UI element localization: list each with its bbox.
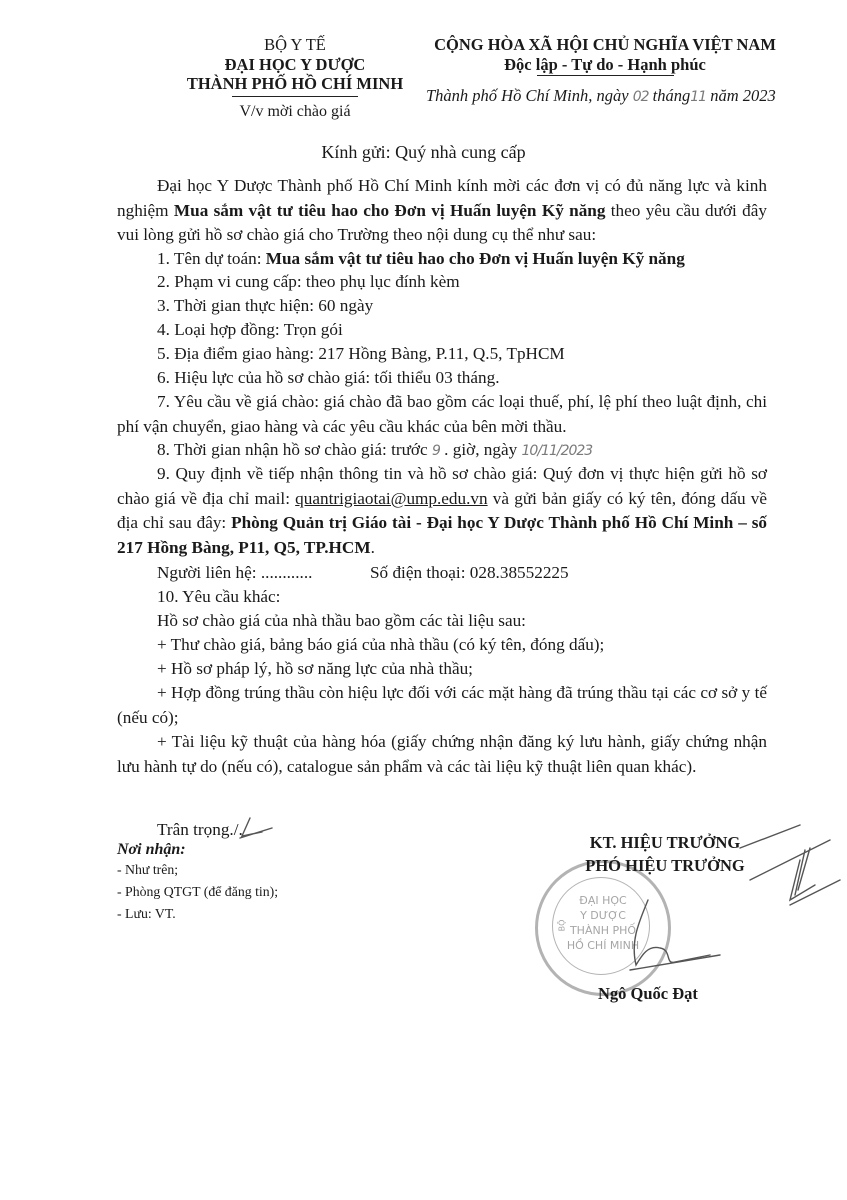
handwritten-hour: 9 [432,443,440,459]
recipient-item: - Lưu: VT. [117,906,176,922]
national-motto: Độc lập - Tự do - Hạnh phúc [405,55,805,75]
university-name: ĐẠI HỌC Y DƯỢC [170,55,420,75]
item-10-intro: Hồ sơ chào giá của nhà thầu bao gồm các … [157,609,526,633]
handwritten-deadline-date: 10/11/2023 [522,443,593,459]
requirement-2: + Hồ sơ pháp lý, hồ sơ năng lực của nhà … [157,657,473,681]
requirement-4: + Tài liệu kỹ thuật của hàng hóa (giấy c… [117,730,767,779]
official-seal: BỘ ĐẠI HỌC Y DƯỢC THÀNH PHỐ HỒ CHÍ MINH [535,860,671,996]
contact-email-link[interactable]: quantrigiaotai@ump.edu.vn [295,489,487,508]
university-city: THÀNH PHỐ HỒ CHÍ MINH [170,74,420,94]
handwritten-day: 02 [633,89,649,105]
item-2: 2. Phạm vi cung cấp: theo phụ lục đính k… [157,270,460,294]
item-1: 1. Tên dự toán: Mua sắm vật tư tiêu hao … [157,247,685,271]
item-4: 4. Loại hợp đồng: Trọn gói [157,318,343,342]
recipient-item: - Phòng QTGT (để đăng tin); [117,884,278,900]
item-3: 3. Thời gian thực hiện: 60 ngày [157,294,373,318]
motto-divider [537,75,674,76]
contact-person: Người liên hệ: ............ [157,561,312,585]
item-9: 9. Quy định về tiếp nhận thông tin và hồ… [117,462,767,560]
contact-phone: Số điện thoại: 028.38552225 [370,561,569,585]
recipient-item: - Như trên; [117,862,178,878]
item-5: 5. Địa điểm giao hàng: 217 Hồng Bàng, P.… [157,342,565,366]
recipients-title: Nơi nhận: [117,841,186,859]
header-divider [232,96,358,97]
handwritten-month: 11 [690,89,706,105]
item-8: 8. Thời gian nhận hồ sơ chào giá: trước … [157,438,592,463]
salutation: Kính gửi: Quý nhà cung cấp [0,142,847,163]
intro-paragraph: Đại học Y Dược Thành phố Hồ Chí Minh kín… [117,174,767,248]
signer-title-1: KT. HIỆU TRƯỞNG [540,831,790,854]
ministry-name: BỘ Y TẾ [170,35,420,55]
closing-line: Trân trọng./. [157,818,243,842]
item-7: 7. Yêu cầu về giá chào: giá chào đã bao … [117,390,767,439]
signature-block: KT. HIỆU TRƯỞNG PHÓ HIỆU TRƯỞNG [540,831,790,877]
requirement-3: + Hợp đồng trúng thầu còn hiệu lực đối v… [117,681,767,730]
issuer-header: BỘ Y TẾ ĐẠI HỌC Y DƯỢC THÀNH PHỐ HỒ CHÍ … [170,35,420,121]
requirement-1: + Thư chào giá, bảng báo giá của nhà thầ… [157,633,604,657]
nation-title: CỘNG HÒA XÃ HỘI CHỦ NGHĨA VIỆT NAM [405,35,805,55]
item-10: 10. Yêu cầu khác: [157,585,280,609]
item-6: 6. Hiệu lực của hồ sơ chào giá: tối thiể… [157,366,500,390]
national-header: CỘNG HÒA XÃ HỘI CHỦ NGHĨA VIỆT NAM Độc l… [405,35,805,76]
signer-name: Ngô Quốc Đạt [598,984,698,1004]
document-date: Thành phố Hồ Chí Minh, ngày 02 tháng11 n… [426,86,776,106]
project-title: Mua sắm vật tư tiêu hao cho Đơn vị Huấn … [174,201,606,220]
subject-line: V/v mời chào giá [170,102,420,122]
signer-title-2: PHÓ HIỆU TRƯỞNG [540,854,790,877]
